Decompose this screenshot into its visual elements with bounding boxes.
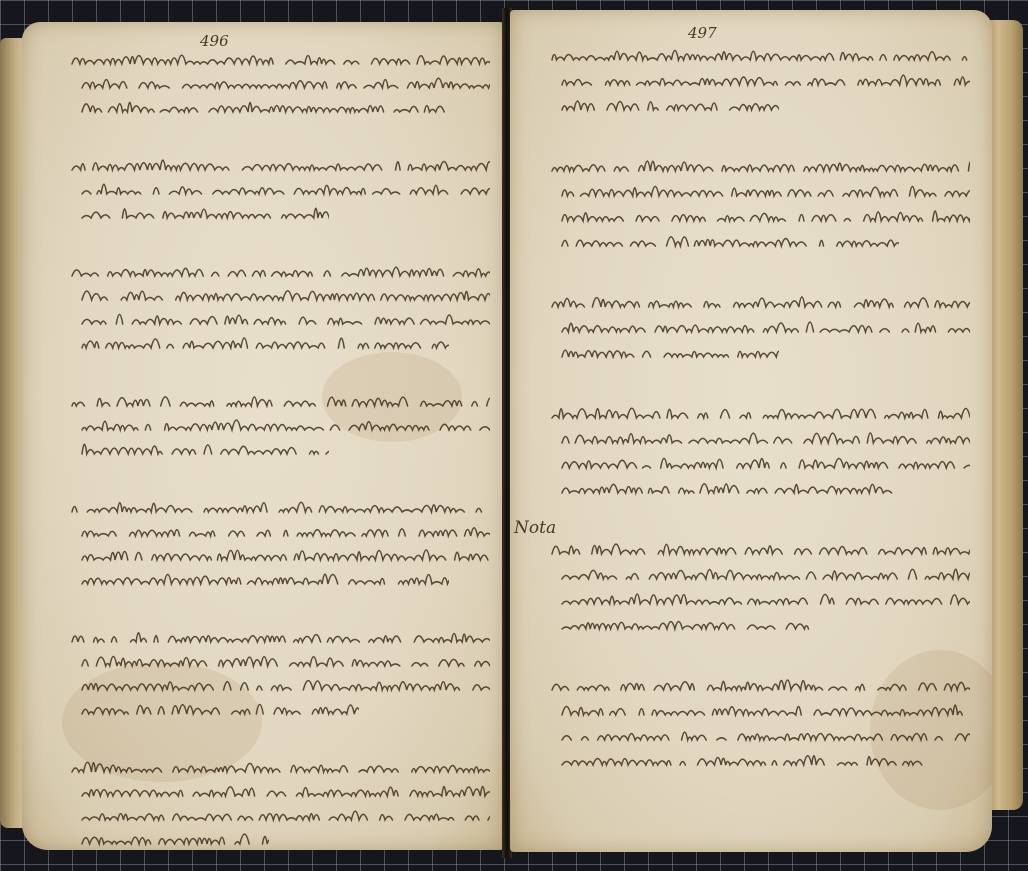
handwritten-line	[80, 832, 269, 850]
handwritten-line	[560, 320, 970, 340]
handwritten-line	[80, 76, 490, 96]
handwritten-line	[550, 406, 970, 426]
handwritten-line	[70, 394, 490, 414]
handwritten-line	[70, 264, 490, 284]
handwritten-line	[80, 288, 490, 308]
handwritten-line	[550, 295, 970, 315]
open-register-book: 496 497 Nota	[0, 0, 1028, 871]
handwritten-line	[560, 617, 809, 637]
handwritten-line	[560, 703, 970, 723]
handwritten-line	[80, 678, 490, 698]
page-number-left: 496	[200, 32, 229, 50]
handwritten-line	[80, 312, 490, 332]
handwritten-line	[70, 158, 490, 178]
handwritten-line	[70, 760, 490, 780]
handwritten-line	[70, 52, 490, 72]
left-page: 496	[22, 22, 504, 850]
handwritten-line	[550, 542, 970, 562]
handwritten-line	[80, 572, 449, 592]
handwritten-line	[80, 206, 329, 226]
handwritten-line	[560, 345, 779, 365]
handwritten-line	[560, 184, 970, 204]
handwritten-line	[80, 654, 490, 674]
handwritten-line	[80, 100, 449, 120]
handwritten-line	[550, 159, 970, 179]
handwritten-line	[560, 567, 970, 587]
handwritten-line	[560, 456, 970, 476]
handwritten-line	[80, 808, 490, 828]
handwritten-line	[550, 678, 970, 698]
handwritten-line	[80, 548, 490, 568]
handwritten-line	[80, 524, 490, 544]
handwritten-line	[550, 48, 970, 68]
page-number-right: 497	[688, 24, 717, 42]
handwritten-line	[560, 481, 899, 501]
handwritten-line	[80, 442, 329, 462]
handwritten-line	[70, 500, 490, 520]
handwritten-line	[560, 431, 970, 451]
handwritten-line	[80, 182, 490, 202]
handwritten-line	[80, 702, 359, 722]
handwritten-line	[70, 630, 490, 650]
handwritten-line	[560, 234, 899, 254]
margin-note: Nota	[514, 518, 556, 538]
handwritten-line	[560, 592, 970, 612]
handwritten-line	[560, 728, 970, 748]
handwritten-line	[560, 209, 970, 229]
right-page: 497 Nota	[510, 10, 992, 852]
handwritten-line	[560, 753, 929, 773]
handwritten-line	[80, 418, 490, 438]
handwritten-line	[560, 98, 779, 118]
handwritten-line	[80, 784, 490, 804]
handwritten-line	[560, 73, 970, 93]
handwritten-line	[80, 336, 449, 356]
